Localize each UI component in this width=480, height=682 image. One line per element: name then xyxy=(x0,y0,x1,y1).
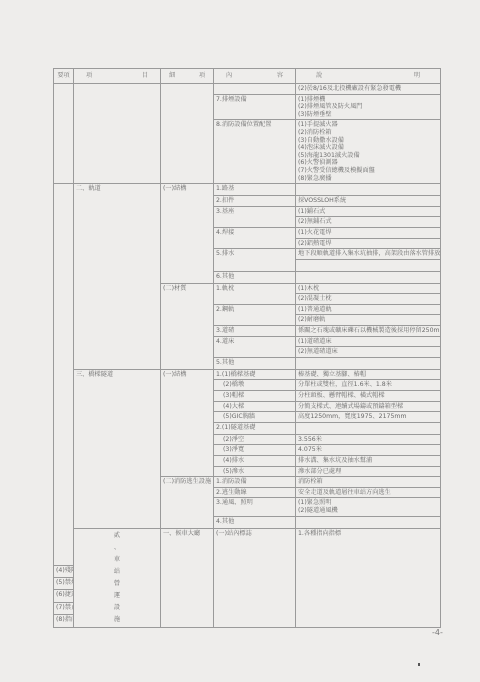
desc-cell: 3.556米 xyxy=(296,434,441,445)
table-row: 三、橋樑隧道 (一)結構 1.(1)橋樑基礎 椿基礎、獨立基腳、椿帽 xyxy=(54,369,441,380)
desc-cell: 消防栓箱 xyxy=(296,477,441,488)
page-number: -4- xyxy=(432,628,443,637)
desc-cell: 地下段順軌道排入集水坑抽排，高架段由落水管排放，地面段順路權排放 xyxy=(296,249,441,260)
table-header-row: 要項 項目 細項 內容 說明 xyxy=(54,69,441,84)
content-cell: (4)大樑 xyxy=(214,401,296,412)
desc-cell-empty xyxy=(296,259,441,271)
desc-cell: (1)手提滅火器(2)消防栓箱(3)自動撒水設備(4)泡沫滅火設備(5)海龍13… xyxy=(296,120,441,184)
desc-cell: (1)緊急照明(2)隧道通風機 xyxy=(296,498,441,516)
content-cell: (4)排水 xyxy=(214,456,296,467)
desc-cell: (1)木枕 xyxy=(296,283,441,294)
content-cell: 1.消防設備 xyxy=(214,477,296,488)
subitem-station-signage: (一)站內標誌 xyxy=(214,528,296,627)
desc-cell: (4)殘障電梯標誌 xyxy=(54,565,74,577)
desc-cell: (1)普通道軌 xyxy=(296,304,441,315)
content-cell: 4.焊接 xyxy=(214,227,296,248)
desc-cell: (2)於8/16及北投機廠設有緊急發電機 xyxy=(296,84,441,95)
document-page: 要項 項目 細項 內容 說明 (2)於8/16及北投機廠設有緊急發電機 7.排煙… xyxy=(0,0,480,682)
desc-cell: 高度1250mm，寬度1975、2175mm xyxy=(296,412,441,423)
content-cell: 5.其他 xyxy=(214,357,296,369)
facility-spec-table: 要項 項目 細項 內容 說明 (2)於8/16及北投機廠設有緊急發電機 7.排煙… xyxy=(53,68,441,628)
desc-cell xyxy=(296,516,441,528)
desc-cell: 係關之石塊或礦床礫石以機械製造後採用停留250mm篩之石材 xyxy=(296,326,441,337)
header-content: 內容 xyxy=(214,69,296,84)
content-cell: 2.鋼軌 xyxy=(214,304,296,325)
content-cell: 1.(1)橋樑基礎 xyxy=(214,369,296,380)
category-cell-empty xyxy=(54,84,74,184)
content-cell: 6.其他 xyxy=(214,271,296,283)
item-cell-empty xyxy=(74,84,161,184)
item-waiting-hall: 一、候車大廳 xyxy=(161,528,214,627)
header-category: 要項 xyxy=(54,69,74,84)
desc-cell xyxy=(296,184,441,196)
content-cell: 3.基座 xyxy=(214,206,296,227)
scan-speck xyxy=(418,663,420,666)
content-cell xyxy=(214,84,296,95)
header-subitem: 細項 xyxy=(161,69,214,84)
desc-cell: 滲水部分已處理 xyxy=(296,466,441,477)
subitem-bridge-structure: (一)結構 xyxy=(161,369,214,476)
category-cell-empty xyxy=(54,184,74,566)
desc-cell xyxy=(296,271,441,283)
content-cell: (5)GIC胸牆 xyxy=(214,412,296,423)
content-cell: 8.消防設備位置配置 xyxy=(214,120,296,184)
desc-cell: (1)道碴道床 xyxy=(296,336,441,347)
desc-cell: 安全走道及軌道層往車站方向逃生 xyxy=(296,487,441,498)
content-cell: 7.排煙設備 xyxy=(214,94,296,120)
category-station-facilities: 貳 、 車 站 營 運 設 施 xyxy=(74,528,161,627)
content-cell: 2.扣件 xyxy=(214,196,296,207)
desc-cell xyxy=(296,357,441,369)
desc-cell: (1)火花電焊 xyxy=(296,227,441,238)
desc-cell: (6)捷運標誌 xyxy=(54,590,74,602)
subitem-track-materials: (二)材質 xyxy=(161,283,214,369)
desc-cell xyxy=(296,422,441,434)
desc-cell: (8)指向照明標誌 xyxy=(54,615,74,627)
item-bridge-tunnel: 三、橋樑隧道 xyxy=(74,369,161,528)
subitem-track-structure: (一)結構 xyxy=(161,184,214,284)
table-row: (2)於8/16及北投機廠設有緊急發電機 xyxy=(54,84,441,95)
desc-cell: 椿基礎、獨立基腳、椿帽 xyxy=(296,369,441,380)
subitem-escape-facilities: (二)消防逃生設施 xyxy=(161,477,214,528)
content-cell: 2.(1)隧道基礎 xyxy=(214,422,296,434)
content-cell: 2.逃生動線 xyxy=(214,487,296,498)
desc-cell: (1)鋪石式 xyxy=(296,206,441,217)
content-cell: 5.排水 xyxy=(214,249,296,272)
desc-cell: (2)混凝土枕 xyxy=(296,294,441,305)
desc-cell: (2)無道碴道床 xyxy=(296,347,441,358)
content-cell: (2)淨空 xyxy=(214,434,296,445)
content-cell: 1.路基 xyxy=(214,184,296,196)
desc-cell: 採VOSSLOH系統 xyxy=(296,196,441,207)
content-cell: 3.道碴 xyxy=(214,326,296,337)
content-cell: 3.通風、照明 xyxy=(214,498,296,516)
content-cell: (3)淨寬 xyxy=(214,445,296,456)
content-cell: 1.各種指向指標 xyxy=(296,528,441,627)
content-cell: 1.軌枕 xyxy=(214,283,296,304)
desc-cell: (7)禁止進入標誌 xyxy=(54,602,74,614)
content-cell: (5)滲水 xyxy=(214,466,296,477)
subitem-cell-empty xyxy=(161,84,214,184)
table-row: 二、軌道 (一)結構 1.路基 xyxy=(54,184,441,196)
table-row: 貳 、 車 站 營 運 設 施 一、候車大廳 (一)站內標誌 1.各種指向指標 … xyxy=(54,528,441,540)
desc-cell: 分單柱或雙柱，直徑1.6米、1.8米 xyxy=(296,380,441,391)
desc-cell: 分柱頭板、懸臂帽樑、橫式帽樑 xyxy=(296,391,441,402)
content-cell: (2)橋墩 xyxy=(214,380,296,391)
header-description: 說明 xyxy=(296,69,441,84)
desc-cell: 分簡支樑式、連續式場鑄或預鑄箱型樑 xyxy=(296,401,441,412)
content-cell: 4.道床 xyxy=(214,336,296,357)
header-item: 項目 xyxy=(74,69,161,84)
desc-cell: 4.075米 xyxy=(296,445,441,456)
desc-cell: (5)禁煙、禁食標誌 xyxy=(54,578,74,590)
desc-cell: (2)鋁熱電焊 xyxy=(296,238,441,249)
desc-cell: (2)無鋪石式 xyxy=(296,217,441,228)
item-track: 二、軌道 xyxy=(74,184,161,370)
desc-cell: (1)排煙機(2)排煙風管及防火風門(3)防煙垂壁 xyxy=(296,94,441,120)
content-cell: (3)帽樑 xyxy=(214,391,296,402)
content-cell: 4.其他 xyxy=(214,516,296,528)
desc-cell: 排水溝、集水坑及抽水幫浦 xyxy=(296,456,441,467)
desc-cell: (2)耐磨軌 xyxy=(296,315,441,326)
